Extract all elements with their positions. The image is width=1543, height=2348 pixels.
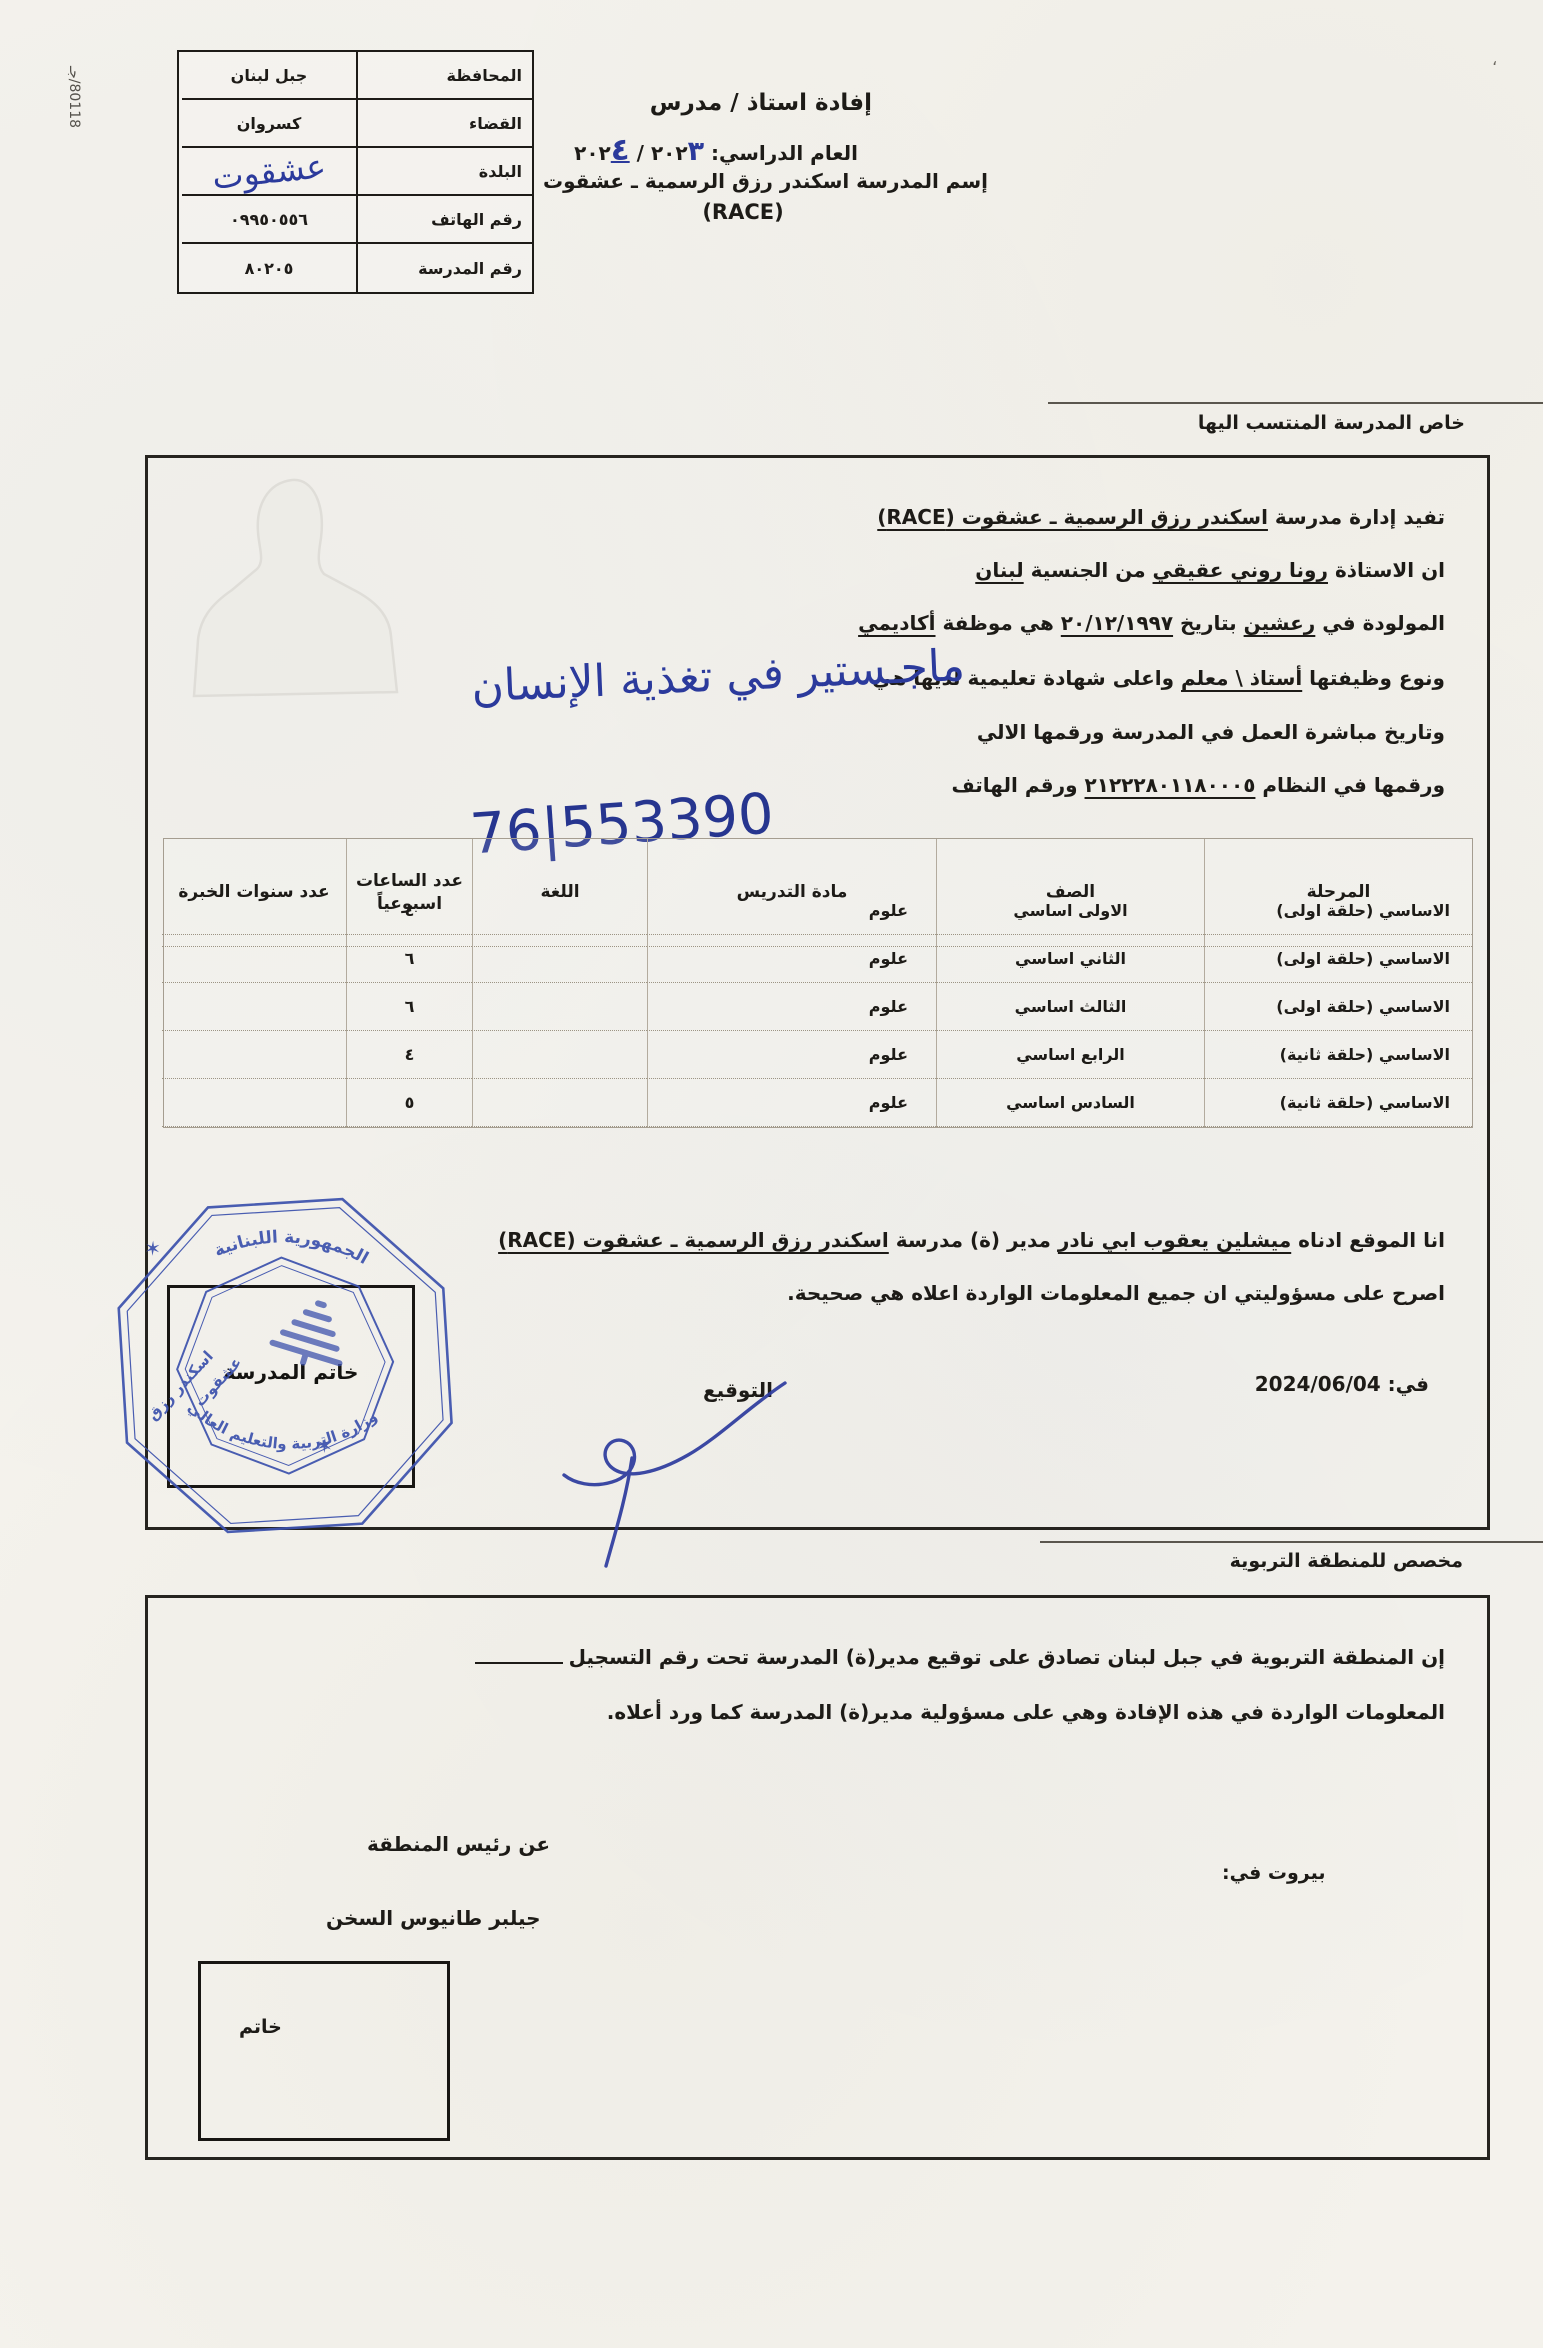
school-acronym: (RACE)	[678, 200, 808, 224]
district-line-1: إن المنطقة التربوية في جبل لبنان تصادق ع…	[475, 1645, 1445, 1669]
teacher-birthplace: رعشين	[1244, 611, 1316, 635]
district-stamp-box: خاتم	[198, 1961, 450, 2141]
cert-line-6-pre: ورقمها في النظام	[1255, 773, 1445, 797]
table-cell	[162, 1079, 346, 1127]
svg-text:الجمهورية اللبنانية: الجمهورية اللبنانية	[210, 1223, 373, 1269]
cert-line-2-mid: من الجنسية	[1024, 558, 1153, 582]
stamp-star-left: ✶	[144, 1236, 162, 1261]
info-value-school-number: ٨٠٢٠٥	[182, 244, 356, 292]
table-cell: الاولى اساسي	[936, 887, 1204, 935]
table-cell: علوم	[647, 1031, 936, 1079]
info-label-district: القضاء	[356, 100, 532, 148]
stamp-ring-bottom-text: وزارة التربية والتعليم العالي	[182, 1398, 381, 1458]
table-cell: الاساسي (حلقة اولى)	[1204, 983, 1472, 1031]
school-info-table: المحافظة جبل لبنان القضاء كسروان البلدة …	[177, 50, 534, 294]
cert-line-1-pre: تفيد إدارة مدرسة	[1268, 505, 1445, 529]
table-cell	[472, 1031, 647, 1079]
table-cell: الاساسي (حلقة ثانية)	[1204, 1079, 1472, 1127]
district-stamp-box-label: خاتم	[239, 2016, 282, 2038]
town-handwritten: عشقوت	[210, 146, 327, 197]
cert-line-2: ان الاستاذة رونا روني عقيقي من الجنسية ل…	[975, 558, 1445, 582]
cert-line-3-mid: بتاريخ	[1173, 611, 1244, 635]
info-label-school-number: رقم المدرسة	[356, 244, 532, 292]
academic-year-label: العام الدراسي:	[711, 141, 858, 165]
cert-line-2-pre: ان الاستاذة	[1328, 558, 1445, 582]
table-cell: الاساسي (حلقة اولى)	[1204, 887, 1472, 935]
section2-divider	[1040, 1541, 1543, 1543]
table-cell: الثالث اساسي	[936, 983, 1204, 1031]
section1-label: خاص المدرسة المنتسب اليها	[1198, 412, 1465, 434]
table-cell: ٤	[346, 1031, 472, 1079]
year-second-handwritten-digit: ٤	[611, 132, 630, 168]
section1-divider	[1048, 402, 1543, 404]
table-cell	[162, 1031, 346, 1079]
table-cell	[162, 983, 346, 1031]
cert-line-3-post: هي موظفة	[936, 611, 1061, 635]
cert-line-6: ورقمها في النظام ٢١٢٢٢٨٠١١٨٠٠٠٥ ورقم اله…	[951, 773, 1445, 797]
section2-label: مخصص للمنطقة التربوية	[1230, 1550, 1463, 1572]
table-cell: الاساسي (حلقة اولى)	[1204, 935, 1472, 983]
year-first-printed: ٢٠٢	[651, 141, 688, 165]
table-cell: ٦	[346, 935, 472, 983]
table-cell: ٤	[346, 887, 472, 935]
stamp-star-right: ✶	[316, 1433, 334, 1458]
table-cell: الرابع اساسي	[936, 1031, 1204, 1079]
scanned-teacher-certificate: 80118/جـ ، المحافظة جبل لبنان القضاء كسر…	[0, 0, 1543, 2348]
table-cell	[472, 983, 647, 1031]
info-value-phone: ٠٩٩٥٠٥٥٦	[182, 196, 356, 244]
table-cell: علوم	[647, 983, 936, 1031]
year-second-printed: ٢٠٢	[574, 141, 611, 165]
stamp-ring-top-text: الجمهورية اللبنانية	[210, 1223, 373, 1269]
teaching-schedule-table: المرحلة الصف مادة التدريس اللغة عدد السا…	[163, 838, 1473, 1128]
table-cell	[162, 887, 346, 935]
declaration-mid: مدير (ة) مدرسة	[889, 1228, 1058, 1252]
declaration-line-2: اصرح على مسؤوليتي ان جميع المعلومات الوا…	[787, 1281, 1445, 1305]
table-cell	[472, 887, 647, 935]
teacher-nationality: لبنان	[975, 558, 1023, 582]
date-value: 2024/06/04	[1255, 1372, 1381, 1396]
info-label-town: البلدة	[356, 148, 532, 196]
table-cell	[472, 935, 647, 983]
table-cell	[162, 935, 346, 983]
cert-line-4-pre: ونوع وظيفتها	[1302, 666, 1445, 690]
declaration-line-1: انا الموقع ادناه ميشلين يعقوب ابي نادر م…	[498, 1228, 1445, 1252]
teacher-role: أكاديمي	[858, 611, 935, 635]
table-cell: الثاني اساسي	[936, 935, 1204, 983]
info-label-phone: رقم الهاتف	[356, 196, 532, 244]
teacher-job-type: أستاذ \ معلم	[1181, 666, 1302, 690]
photo-watermark-shape	[194, 480, 397, 696]
declaration-pre: انا الموقع ادناه	[1291, 1228, 1445, 1252]
system-number: ٢١٢٢٢٨٠١١٨٠٠٠٥	[1085, 773, 1256, 797]
cert-line-3-pre: المولودة في	[1315, 611, 1445, 635]
year-separator: /	[637, 141, 644, 165]
school-name-line: إسم المدرسة اسكندر رزق الرسمية ـ عشقوت	[543, 169, 988, 193]
table-cell: علوم	[647, 887, 936, 935]
year-first: ٢٠٢٣	[651, 136, 704, 167]
cert-line-6-post: ورقم الهاتف	[951, 773, 1084, 797]
info-value-district: كسروان	[182, 100, 356, 148]
document-title: إفادة استاذ / مدرس	[650, 90, 872, 116]
table-cell	[472, 1079, 647, 1127]
district-chief-title: عن رئيس المنطقة	[367, 1832, 550, 1856]
teacher-birthdate: ٢٠/١٢/١٩٩٧	[1061, 611, 1173, 635]
cert-line-5: وتاريخ مباشرة العمل في المدرسة ورقمها ال…	[977, 720, 1445, 744]
district-line-1-text: إن المنطقة التربوية في جبل لبنان تصادق ع…	[569, 1645, 1445, 1669]
table-cell: ٥	[346, 1079, 472, 1127]
cert-line-1: تفيد إدارة مدرسة اسكندر رزق الرسمية ـ عش…	[877, 505, 1445, 529]
date-line: في: 2024/06/04	[1255, 1372, 1429, 1396]
table-cell: ٦	[346, 983, 472, 1031]
table-cell: علوم	[647, 1079, 936, 1127]
registration-number-blank	[475, 1650, 563, 1664]
date-label: في:	[1381, 1372, 1429, 1396]
year-second: ٢٠٢٤	[574, 132, 630, 168]
district-line-2: المعلومات الواردة في هذه الإفادة وهي على…	[607, 1700, 1445, 1724]
table-cell: علوم	[647, 935, 936, 983]
declaration-school: اسكندر رزق الرسمية ـ عشقوت (RACE)	[498, 1228, 889, 1252]
table-cell: الاساسي (حلقة ثانية)	[1204, 1031, 1472, 1079]
cert-line-1-school: اسكندر رزق الرسمية ـ عشقوت (RACE)	[877, 505, 1268, 529]
academic-year-line: العام الدراسي: ٢٠٢٣ / ٢٠٢٤	[574, 132, 858, 168]
info-value-governorate: جبل لبنان	[182, 52, 356, 100]
official-ministry-stamp: الجمهورية اللبنانية وزارة التربية والتعل…	[76, 1172, 475, 1563]
table-cell: السادس اساسي	[936, 1079, 1204, 1127]
photo-watermark	[172, 468, 422, 718]
district-chief-name: جيلبر طانيوس السخن	[326, 1906, 541, 1930]
cert-line-3: المولودة في رعشين بتاريخ ٢٠/١٢/١٩٩٧ هي م…	[858, 611, 1445, 635]
principal-signature	[540, 1358, 810, 1573]
principal-name: ميشلين يعقوب ابي نادر	[1058, 1228, 1291, 1252]
svg-text:وزارة التربية والتعليم العالي: وزارة التربية والتعليم العالي	[182, 1398, 381, 1458]
beirut-date-line: بيروت في:	[1222, 1862, 1326, 1884]
year-first-handwritten-digit: ٣	[688, 136, 704, 167]
info-label-governorate: المحافظة	[356, 52, 532, 100]
scan-serial-note: 80118/جـ	[66, 66, 82, 128]
scan-artifact-mark: ،	[1492, 50, 1497, 69]
teacher-name: رونا روني عقيقي	[1153, 558, 1328, 582]
info-value-town: عشقوت	[182, 148, 356, 196]
